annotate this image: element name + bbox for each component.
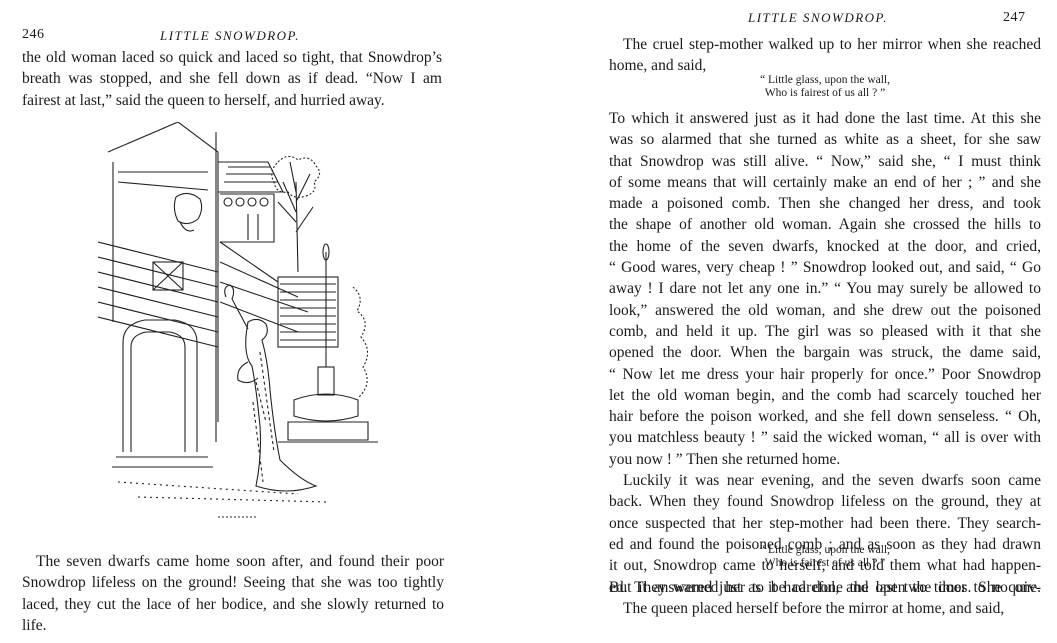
text-line: the shape of another old woman. Again sh… <box>609 214 1041 235</box>
text-line: you now ! ” Then she returned home. <box>609 449 1041 470</box>
verse-2: “ Little glass, upon the wall, Who is fa… <box>609 544 1041 570</box>
text-line: But it answered just as it had done the … <box>609 577 1041 598</box>
top-paragraph: the old woman laced so quick and laced s… <box>22 47 442 111</box>
text-line: let the old woman begin, and the comb ha… <box>609 385 1041 406</box>
verse-line: “ Little glass, upon the wall, <box>609 544 1041 557</box>
text-line: the old woman laced so quick and laced s… <box>22 47 442 68</box>
text-line: The queen placed herself before the mirr… <box>609 598 1041 619</box>
text-line: was so alarmed that she turned as white … <box>609 129 1041 150</box>
text-line: life. <box>22 615 444 636</box>
verse-line: Who is fairest of us all ? ” <box>609 87 1041 100</box>
text-line: “ Now let me dress your hair properly fo… <box>609 364 1041 385</box>
text-line: back. When they found Snowdrop lifeless … <box>609 491 1041 512</box>
illustration-engraving <box>98 122 388 532</box>
page-number: 246 <box>22 27 45 43</box>
paragraph-2: To which it answered just as it had done… <box>609 108 1041 619</box>
text-line: laced, they cut the lace of her bodice, … <box>22 594 444 615</box>
text-line: you matchless beauty ! ” said the wicked… <box>609 427 1041 448</box>
paragraph-5: But it answered just as it had done the … <box>609 577 1041 598</box>
text-line: made a poisoned comb. Then she changed h… <box>609 193 1041 214</box>
text-line: Snowdrop lifeless on the ground! Seeing … <box>22 572 444 593</box>
text-line: breath was stopped, and she fell down as… <box>22 68 442 89</box>
text-line: Luckily it was near evening, and the sev… <box>609 470 1041 491</box>
paragraph-1: The cruel step-mother walked up to her m… <box>609 34 1041 77</box>
text-line: away ! I dare not let any one in.” “ You… <box>609 278 1041 299</box>
text-line: opened the door. When the bargain was st… <box>609 342 1041 363</box>
text-line: look,” answered the old woman, and she d… <box>609 300 1041 321</box>
bottom-paragraph: The seven dwarfs came home soon after, a… <box>22 551 444 636</box>
text-line: of some means that will certainly make a… <box>609 172 1041 193</box>
text-line: fairest at last,” said the queen to hers… <box>22 90 442 111</box>
text-line: that Snowdrop was still alive. “ Now,” s… <box>609 151 1041 172</box>
verse-line: Who is fairest of us all ? ” <box>609 557 1041 570</box>
verse-1: “ Little glass, upon the wall, Who is fa… <box>609 74 1041 100</box>
text-line: The seven dwarfs came home soon after, a… <box>22 551 444 572</box>
verse-line: “ Little glass, upon the wall, <box>609 74 1041 87</box>
running-head: LITTLE SNOWDROP. <box>748 10 888 26</box>
running-head: LITTLE SNOWDROP. <box>160 28 300 44</box>
right-page: LITTLE SNOWDROP. 247 The cruel step-moth… <box>595 0 1057 643</box>
text-line: once suspected that her step-mother had … <box>609 513 1041 534</box>
text-line: “ Good wares, very cheap ! ” Snowdrop lo… <box>609 257 1041 278</box>
text-line: hair before the poison worked, and she f… <box>609 406 1041 427</box>
text-line: comb, and held it up. The girl was so pl… <box>609 321 1041 342</box>
text-line: To which it answered just as it had done… <box>609 108 1041 129</box>
text-line: the home of the seven dwarfs, knocked at… <box>609 236 1041 257</box>
left-page: 246 LITTLE SNOWDROP. the old woman laced… <box>0 0 470 643</box>
page-number: 247 <box>1003 10 1026 26</box>
text-line: The cruel step-mother walked up to her m… <box>609 34 1041 55</box>
